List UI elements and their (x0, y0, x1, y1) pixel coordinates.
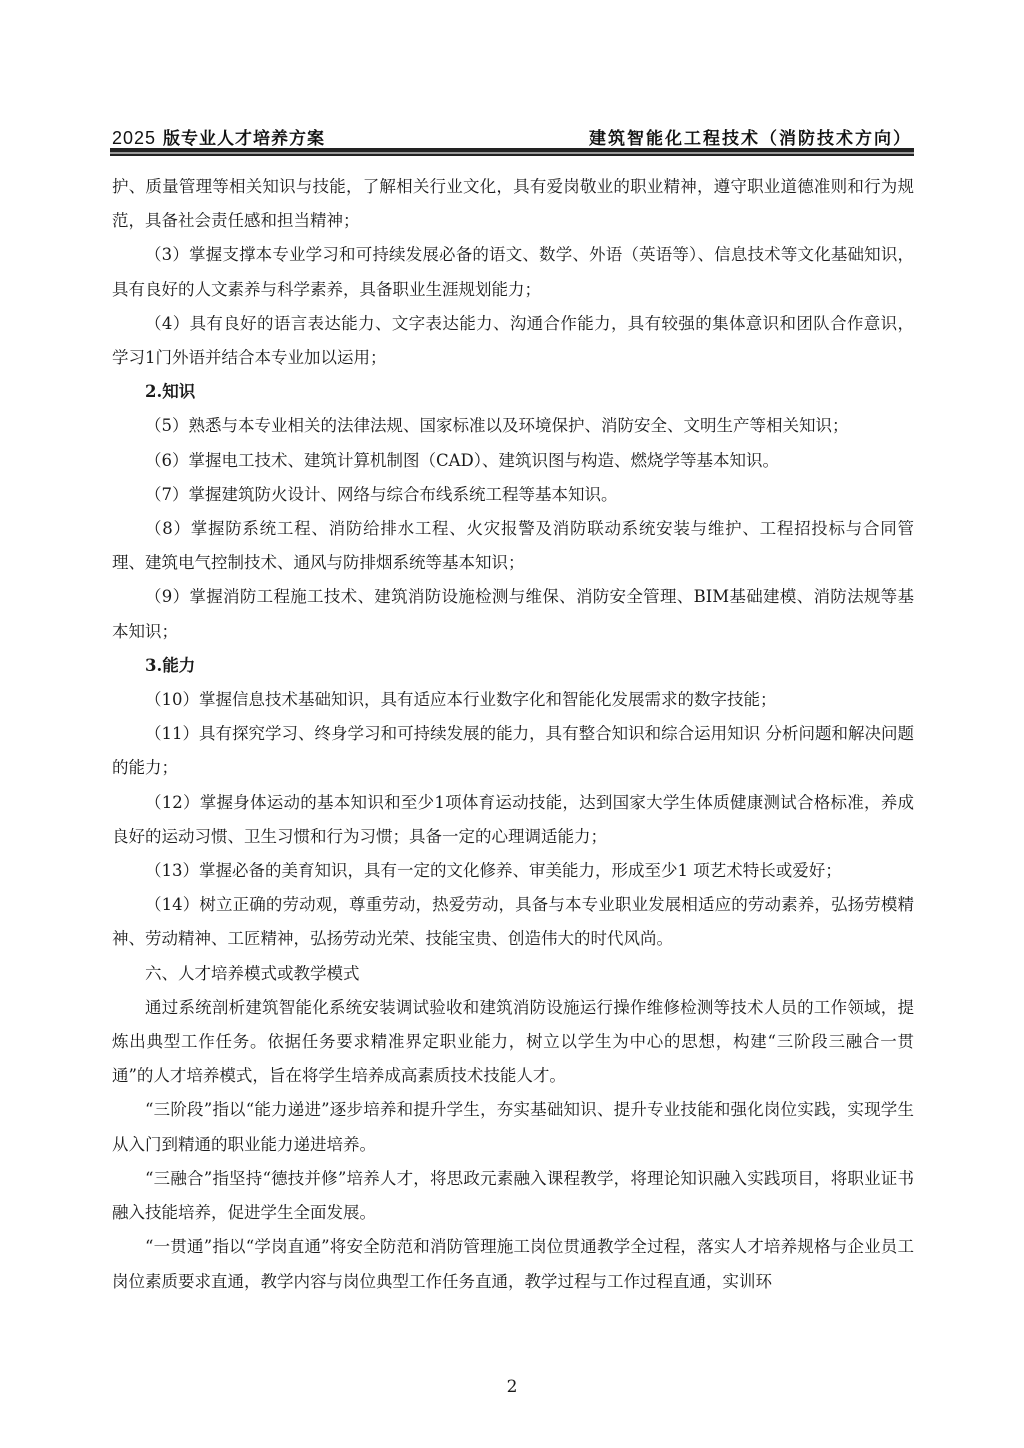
requirement-item-9: （9）掌握消防工程施工技术、建筑消防设施检测与维保、消防安全管理、BIM基础建模… (112, 580, 914, 648)
requirement-item-11: （11）具有探究学习、终身学习和可持续发展的能力，具有整合知识和综合运用知识 分… (112, 717, 914, 785)
program-name: 建筑智能化工程技术（消防技术方向） (589, 124, 912, 149)
requirement-item-7: （7）掌握建筑防火设计、网络与综合布线系统工程等基本知识。 (112, 478, 914, 512)
document-year: 2025 (112, 128, 156, 148)
subheading-ability: 3.能力 (112, 649, 914, 683)
requirement-item-8: （8）掌握防系统工程、消防给排水工程、火灾报警及消防联动系统安装与维护、工程招投… (112, 512, 914, 580)
requirement-item-10: （10）掌握信息技术基础知识，具有适应本行业数字化和智能化发展需求的数字技能； (112, 683, 914, 717)
paragraph-continued: 护、质量管理等相关知识与技能，了解相关行业文化，具有爱岗敬业的职业精神，遵守职业… (112, 170, 914, 238)
requirement-item-6: （6）掌握电工技术、建筑计算机制图（CAD）、建筑识图与构造、燃烧学等基本知识。 (112, 444, 914, 478)
requirement-item-12: （12）掌握身体运动的基本知识和至少1项体育运动技能，达到国家大学生体质健康测试… (112, 786, 914, 854)
requirement-item-5: （5）熟悉与本专业相关的法律法规、国家标准以及环境保护、消防安全、文明生产等相关… (112, 409, 914, 443)
requirement-item-4: （4）具有良好的语言表达能力、文字表达能力、沟通合作能力，具有较强的集体意识和团… (112, 307, 914, 375)
section6-paragraph-1: 通过系统剖析建筑智能化系统安装调试验收和建筑消防设施运行操作维修检测等技术人员的… (112, 991, 914, 1094)
document-title: 2025 版专业人才培养方案 (112, 124, 325, 149)
subheading-knowledge: 2.知识 (112, 375, 914, 409)
section-heading-6: 六、人才培养模式或教学模式 (112, 957, 914, 991)
requirement-item-13: （13）掌握必备的美育知识，具有一定的文化修养、审美能力，形成至少1 项艺术特长… (112, 854, 914, 888)
section6-paragraph-2: “三阶段”指以“能力递进”逐步培养和提升学生，夯实基础知识、提升专业技能和强化岗… (112, 1093, 914, 1161)
page-number: 2 (0, 1377, 1024, 1397)
requirement-item-3: （3）掌握支撑本专业学习和可持续发展必备的语文、数学、外语（英语等）、信息技术等… (112, 238, 914, 306)
header-rule-thin (110, 154, 914, 156)
document-title-text: 版专业人才培养方案 (156, 129, 325, 149)
requirement-item-14: （14）树立正确的劳动观，尊重劳动，热爱劳动，具备与本专业职业发展相适应的劳动素… (112, 888, 914, 956)
document-body: 护、质量管理等相关知识与技能，了解相关行业文化，具有爱岗敬业的职业精神，遵守职业… (112, 170, 914, 1299)
section6-paragraph-3: “三融合”指坚持“德技并修”培养人才，将思政元素融入课程教学，将理论知识融入实践… (112, 1162, 914, 1230)
section6-paragraph-4: “一贯通”指以“学岗直通”将安全防范和消防管理施工岗位贯通教学全过程，落实人才培… (112, 1230, 914, 1298)
